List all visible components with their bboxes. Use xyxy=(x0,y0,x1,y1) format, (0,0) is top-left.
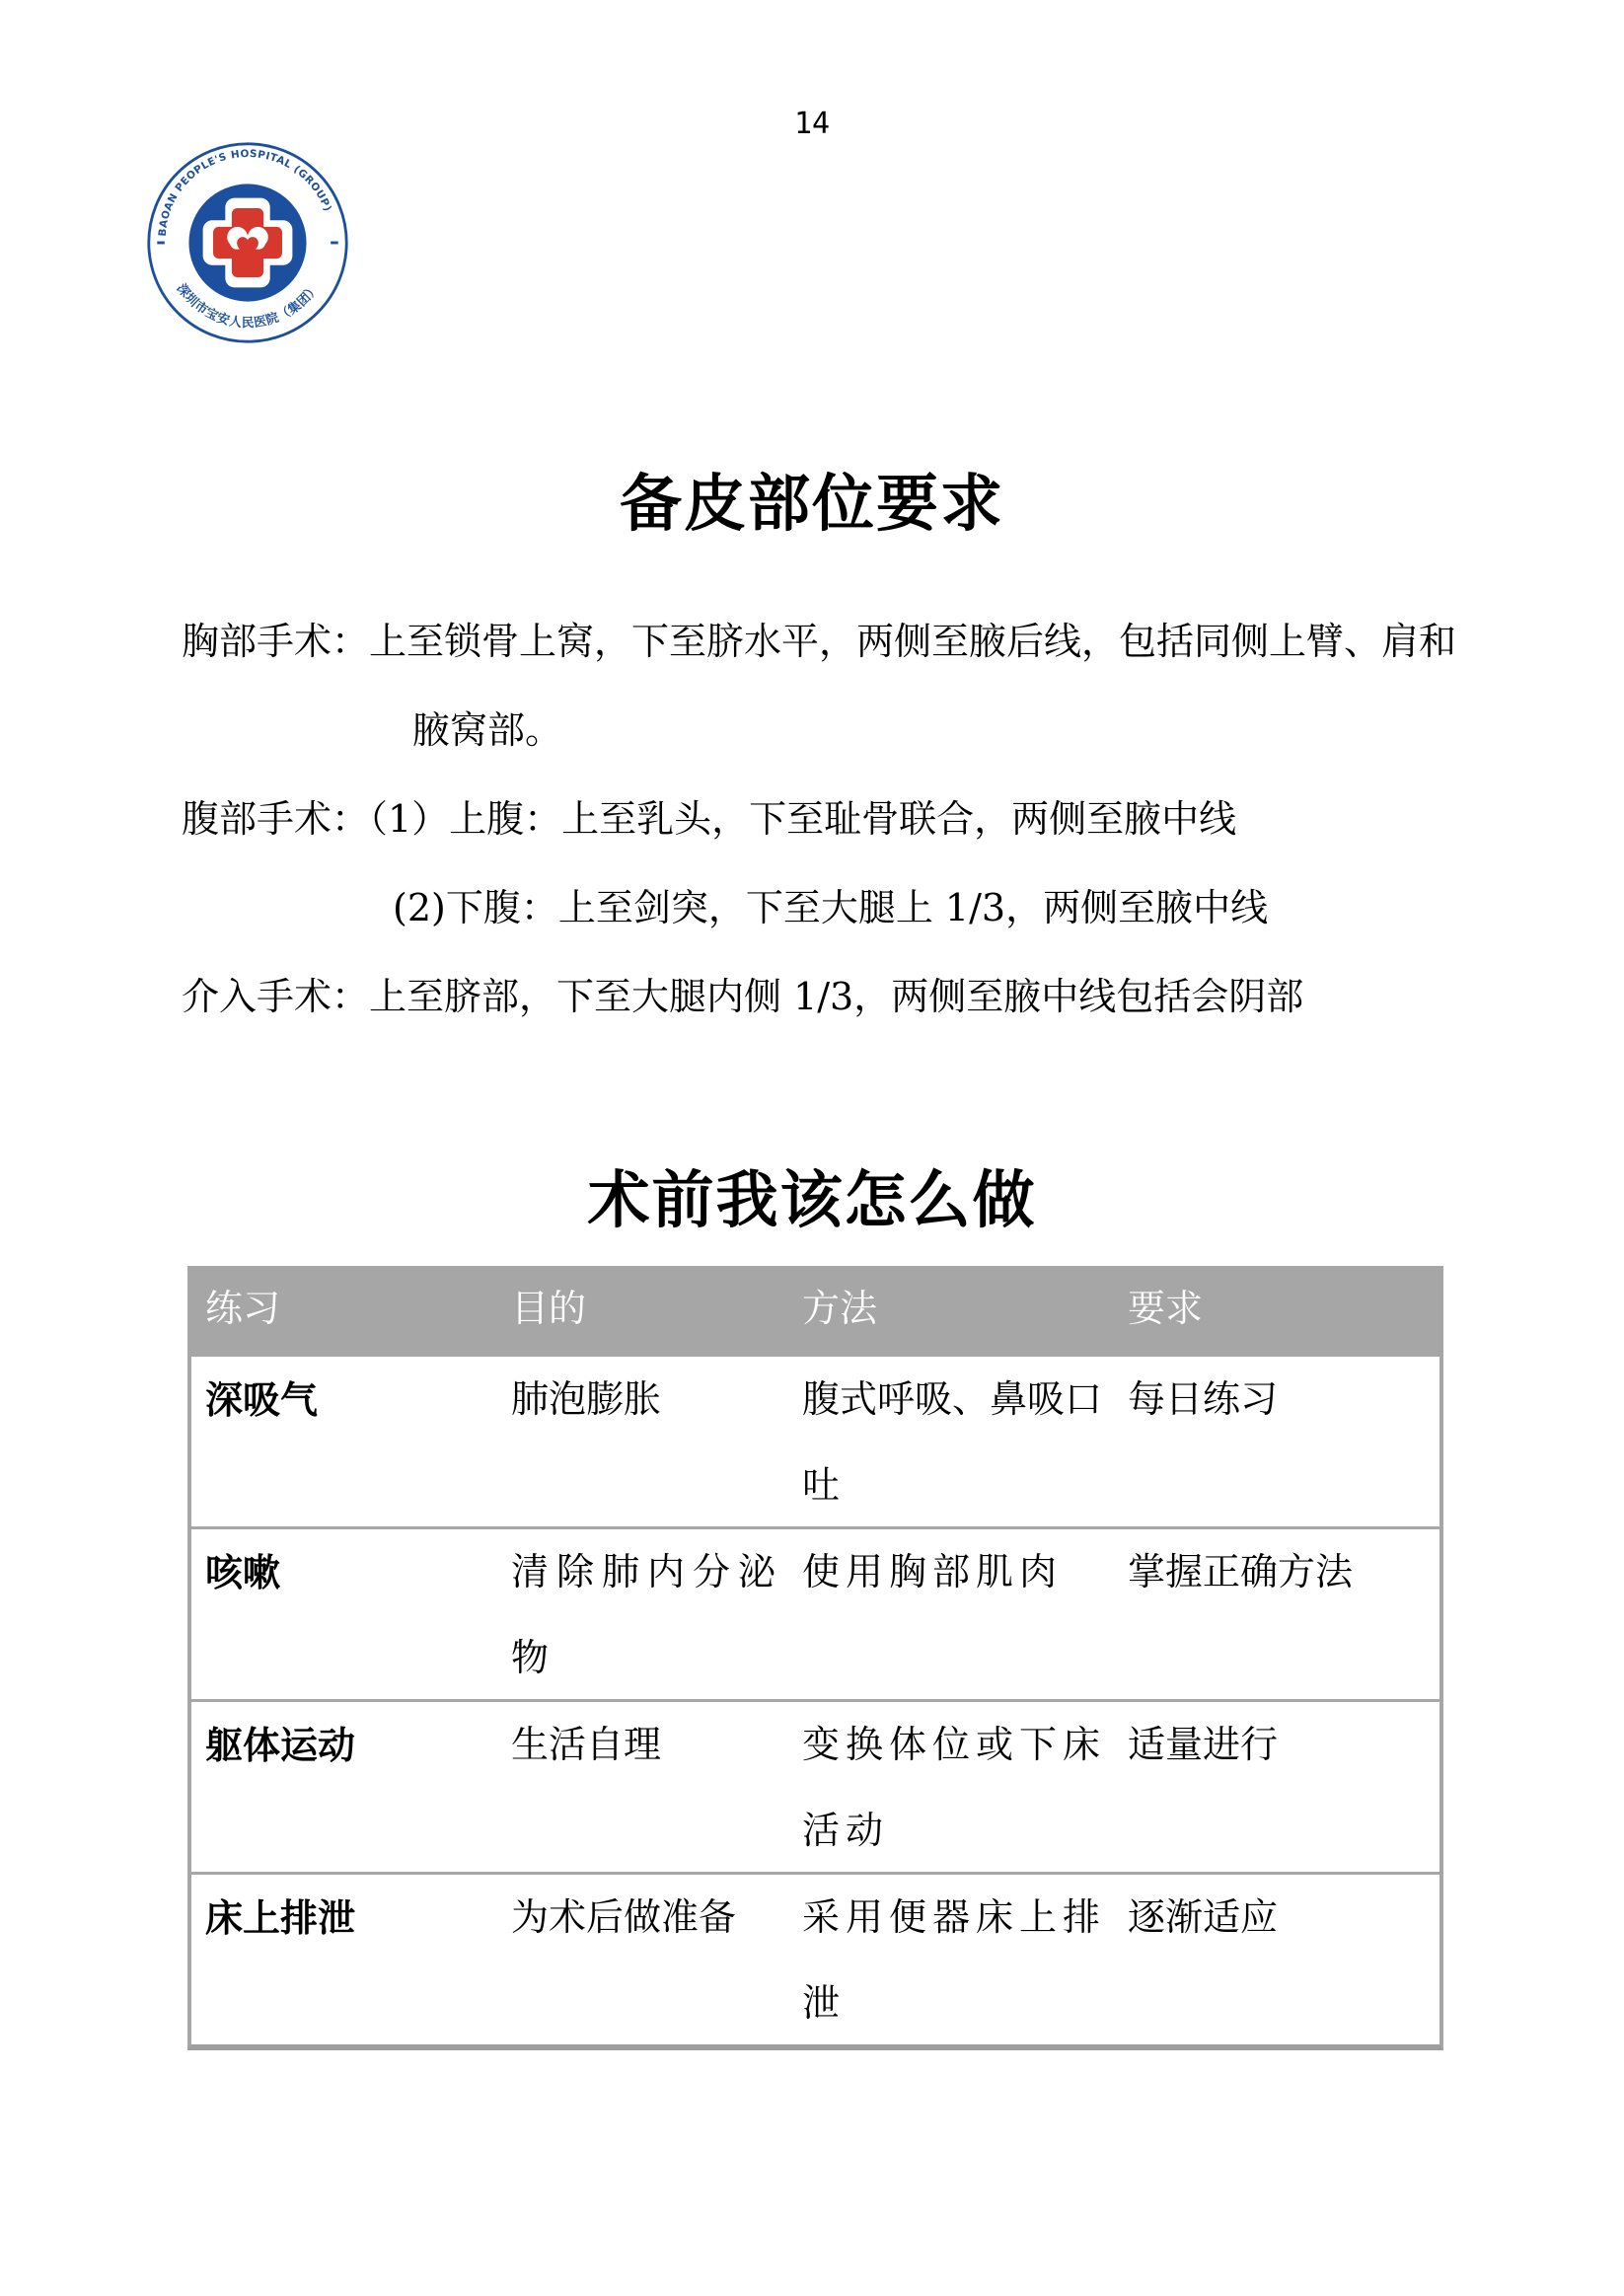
body-line-chest-1: 胸部手术：上至锁骨上窝，下至脐水平，两侧至腋后线，包括同侧上臂、肩和 xyxy=(182,597,1456,686)
header-purpose: 目的 xyxy=(497,1266,788,1354)
cell-method: 腹式呼吸、鼻吸口 吐 xyxy=(788,1357,1114,1526)
header-requirement: 要求 xyxy=(1114,1266,1439,1354)
table-row-cough: 咳嗽 清除肺内分泌 物 使用胸部肌肉 掌握正确方法 xyxy=(191,1526,1439,1699)
cell-purpose: 为术后做准备 xyxy=(497,1875,788,2044)
table-header-row: 练习 目的 方法 要求 xyxy=(191,1266,1439,1354)
document-page: { "page": { "number": "14" }, "logo": { … xyxy=(0,0,1624,2296)
table-row-body-movement: 躯体运动 生活自理 变换体位或下床 活动 适量进行 xyxy=(191,1699,1439,1872)
cell-method: 使用胸部肌肉 xyxy=(788,1529,1114,1699)
cell-requirement: 掌握正确方法 xyxy=(1114,1529,1439,1699)
cell-purpose: 生活自理 xyxy=(497,1702,788,1872)
cell-exercise: 躯体运动 xyxy=(191,1702,497,1872)
cell-purpose: 肺泡膨胀 xyxy=(497,1357,788,1526)
preoperative-exercise-table: 练习 目的 方法 要求 深吸气 肺泡膨胀 腹式呼吸、鼻吸口 吐 每日练习 咳嗽 … xyxy=(187,1266,1443,2050)
hospital-logo-icon: BAOAN PEOPLE'S HOSPITAL (GROUP) 深圳市宝安人民医… xyxy=(145,140,350,345)
body-line-abdomen-1: 腹部手术：（1）上腹：上至乳头，下至耻骨联合，两侧至腋中线 xyxy=(182,775,1456,863)
cell-exercise: 深吸气 xyxy=(191,1357,497,1526)
table-row-bed-excretion: 床上排泄 为术后做准备 采用便器床上排 泄 逐渐适应 xyxy=(191,1872,1439,2044)
body-line-chest-2: 腋窝部。 xyxy=(412,686,1456,775)
skin-prep-paragraph: 胸部手术：上至锁骨上窝，下至脐水平，两侧至腋后线，包括同侧上臂、肩和 腋窝部。 … xyxy=(182,597,1456,1041)
table-row-deep-breath: 深吸气 肺泡膨胀 腹式呼吸、鼻吸口 吐 每日练习 xyxy=(191,1354,1439,1526)
cell-exercise: 床上排泄 xyxy=(191,1875,497,2044)
page-number: 14 xyxy=(0,107,1624,141)
header-exercise: 练习 xyxy=(191,1266,497,1354)
section2-title: 术前我该怎么做 xyxy=(0,1150,1624,1240)
cell-requirement: 逐渐适应 xyxy=(1114,1875,1439,2044)
body-line-abdomen-2: (2)下腹：上至剑突，下至大腿上 1/3，两侧至腋中线 xyxy=(393,863,1456,952)
logo-right-tick xyxy=(331,242,338,245)
cell-purpose: 清除肺内分泌 物 xyxy=(497,1529,788,1699)
cell-method: 变换体位或下床 活动 xyxy=(788,1702,1114,1872)
cell-requirement: 每日练习 xyxy=(1114,1357,1439,1526)
cell-method: 采用便器床上排 泄 xyxy=(788,1875,1114,2044)
cell-exercise: 咳嗽 xyxy=(191,1529,497,1699)
logo-left-tick xyxy=(157,242,165,245)
header-method: 方法 xyxy=(788,1266,1114,1354)
body-line-interventional: 介入手术：上至脐部，下至大腿内侧 1/3，两侧至腋中线包括会阴部 xyxy=(182,952,1456,1041)
cell-requirement: 适量进行 xyxy=(1114,1702,1439,1872)
hospital-logo: BAOAN PEOPLE'S HOSPITAL (GROUP) 深圳市宝安人民医… xyxy=(145,140,350,345)
section1-title: 备皮部位要求 xyxy=(0,454,1624,544)
